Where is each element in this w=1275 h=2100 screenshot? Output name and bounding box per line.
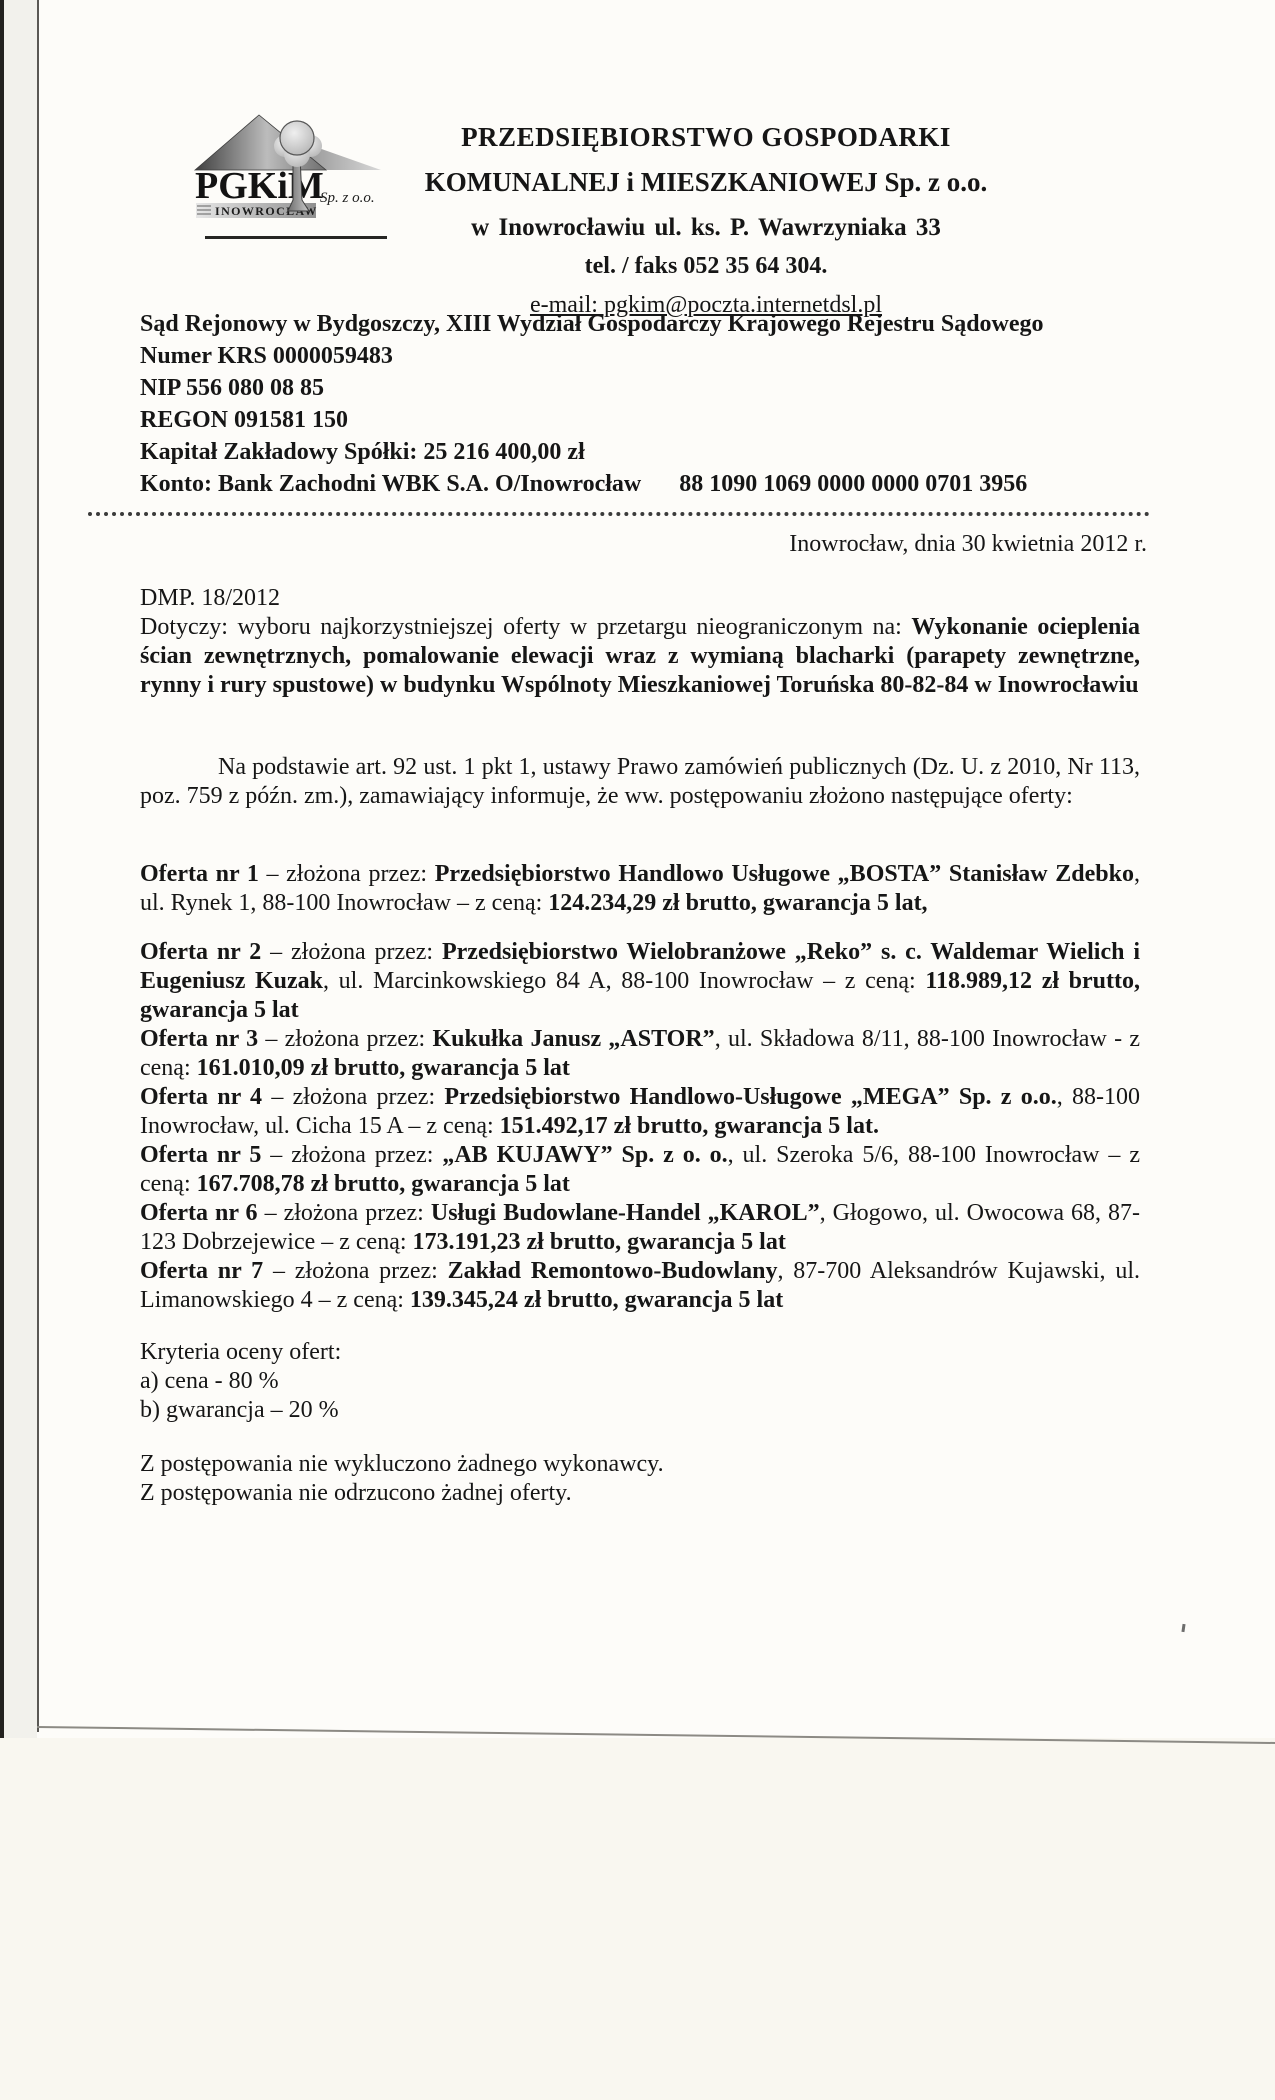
offer-7-price: 139.345,24 zł brutto, gwarancja 5 lat (410, 1287, 783, 1313)
company-address-line: w Inowrocławiu ul. ks. P. Wawrzyniaka 33 (400, 213, 1012, 242)
legal-basis-paragraph: Na podstawie art. 92 ust. 1 pkt 1, ustaw… (140, 753, 1140, 811)
reference-number: DMP. 18/2012 (140, 584, 1140, 613)
offer-2-paragraph: Oferta nr 2 – złożona przez: Przedsiębio… (140, 938, 1140, 1025)
subject-intro: Dotyczy: wyboru najkorzystniejszej ofert… (140, 614, 911, 640)
offer-1-label: Oferta nr 1 (140, 861, 259, 887)
offer-6-paragraph: Oferta nr 6 – złożona przez: Usługi Budo… (140, 1199, 1140, 1257)
logo-acronym: PGKiM (195, 165, 324, 207)
offer-3-price: 161.010,09 zł brutto, gwarancja 5 lat (197, 1055, 570, 1081)
offer-5-contractor: „AB KUJAWY” Sp. z o. o. (442, 1142, 727, 1168)
offer-5-label: Oferta nr 5 (140, 1142, 261, 1168)
page-left-edge-line (37, 0, 39, 1732)
logo-suffix: Sp. z o.o. (320, 190, 375, 206)
criteria-title: Kryteria oceny ofert: (140, 1338, 1140, 1367)
scan-speck (1181, 1624, 1185, 1632)
registry-court: Sąd Rejonowy w Bydgoszczy, XIII Wydział … (140, 308, 1150, 340)
criteria-item-b: b) gwarancja – 20 % (140, 1396, 1140, 1425)
offer-4-paragraph: Oferta nr 4 – złożona przez: Przedsiębio… (140, 1083, 1140, 1141)
offer-6-label: Oferta nr 6 (140, 1200, 258, 1226)
offer-1-sep: – złożona przez: (259, 861, 435, 887)
offer-7-paragraph: Oferta nr 7 – złożona przez: Zakład Remo… (140, 1257, 1140, 1315)
criteria-item-a: a) cena - 80 % (140, 1367, 1140, 1396)
offers-list: Oferta nr 1 – złożona przez: Przedsiębio… (140, 860, 1140, 1315)
offer-1-paragraph: Oferta nr 1 – złożona przez: Przedsiębio… (140, 860, 1140, 918)
registry-account: Konto: Bank Zachodni WBK S.A. O/Inowrocł… (140, 468, 1150, 500)
offer-5-price: 167.708,78 zł brutto, gwarancja 5 lat (197, 1171, 570, 1197)
scan-bottom-margin (0, 1738, 1275, 2100)
offer-4-sep: – złożona przez: (262, 1084, 444, 1110)
offer-7-contractor: Zakład Remontowo-Budowlany (448, 1258, 778, 1284)
offer-7-label: Oferta nr 7 (140, 1258, 263, 1284)
account-label: Konto: Bank Zachodni WBK S.A. O/Inowrocł… (140, 471, 641, 497)
offer-3-label: Oferta nr 3 (140, 1026, 258, 1052)
pgkim-logo-graphic: PGKiM INOWROCŁAW Sp. z o.o. (193, 110, 389, 240)
letterhead: PRZEDSIĘBIORSTWO GOSPODARKI KOMUNALNEJ i… (400, 122, 1012, 319)
registry-capital: Kapitał Zakładowy Spółki: 25 216 400,00 … (140, 436, 1150, 468)
company-logo: PGKiM INOWROCŁAW Sp. z o.o. (193, 110, 389, 240)
offer-2-label: Oferta nr 2 (140, 939, 261, 965)
subject-paragraph: Dotyczy: wyboru najkorzystniejszej ofert… (140, 613, 1140, 700)
offer-2-address: , ul. Marcinkowskiego 84 A, 88-100 Inowr… (323, 968, 925, 994)
registry-regon: REGON 091581 150 (140, 404, 1150, 436)
offer-1-contractor: Przedsiębiorstwo Handlowo Usługowe „BOST… (435, 861, 1134, 887)
date-line: Inowrocław, dnia 30 kwietnia 2012 r. (140, 531, 1147, 558)
offer-3-paragraph: Oferta nr 3 – złożona przez: Kukułka Jan… (140, 1025, 1140, 1083)
scan-left-margin (0, 0, 37, 1738)
criteria-block: Kryteria oceny ofert: a) cena - 80 % b) … (140, 1338, 1140, 1425)
offer-4-label: Oferta nr 4 (140, 1084, 262, 1110)
scanned-document-page: { "logo": { "acronym": "PGKiM", "suffix"… (0, 0, 1275, 2100)
offer-6-contractor: Usługi Budowlane-Handel „KAROL” (431, 1200, 820, 1226)
offer-6-sep: – złożona przez: (258, 1200, 431, 1226)
company-name-line1: PRZEDSIĘBIORSTWO GOSPODARKI (400, 122, 1012, 153)
registry-info: Sąd Rejonowy w Bydgoszczy, XIII Wydział … (140, 308, 1150, 500)
company-phone-line: tel. / faks 052 35 64 304. (400, 252, 1012, 280)
closing-line1: Z postępowania nie wykluczono żadnego wy… (140, 1450, 1140, 1479)
offer-7-sep: – złożona przez: (263, 1258, 447, 1284)
scan-black-edge (0, 0, 4, 1738)
logo-underline (205, 236, 387, 239)
dotted-separator (88, 512, 1150, 516)
page-bottom-edge-line (0, 1715, 1275, 1755)
registry-krs: Numer KRS 0000059483 (140, 340, 1150, 372)
closing-line2: Z postępowania nie odrzucono żadnej ofer… (140, 1479, 1140, 1508)
offer-6-price: 173.191,23 zł brutto, gwarancja 5 lat (413, 1229, 786, 1255)
offer-5-sep: – złożona przez: (261, 1142, 442, 1168)
offer-4-contractor: Przedsiębiorstwo Handlowo-Usługowe „MEGA… (444, 1084, 1056, 1110)
offer-2-sep: – złożona przez: (261, 939, 442, 965)
registry-nip: NIP 556 080 08 85 (140, 372, 1150, 404)
offer-5-paragraph: Oferta nr 5 – złożona przez: „AB KUJAWY”… (140, 1141, 1140, 1199)
offer-3-sep: – złożona przez: (258, 1026, 432, 1052)
account-number: 88 1090 1069 0000 0000 0701 3956 (679, 468, 1027, 500)
offer-4-price: 151.492,17 zł brutto, gwarancja 5 lat. (500, 1113, 879, 1139)
offer-1-price: 124.234,29 zł brutto, gwarancja 5 lat, (548, 890, 927, 916)
closing-block: Z postępowania nie wykluczono żadnego wy… (140, 1450, 1140, 1508)
company-name-line2: KOMUNALNEJ i MIESZKANIOWEJ Sp. z o.o. (400, 167, 1012, 198)
offer-3-contractor: Kukułka Janusz „ASTOR” (432, 1026, 714, 1052)
